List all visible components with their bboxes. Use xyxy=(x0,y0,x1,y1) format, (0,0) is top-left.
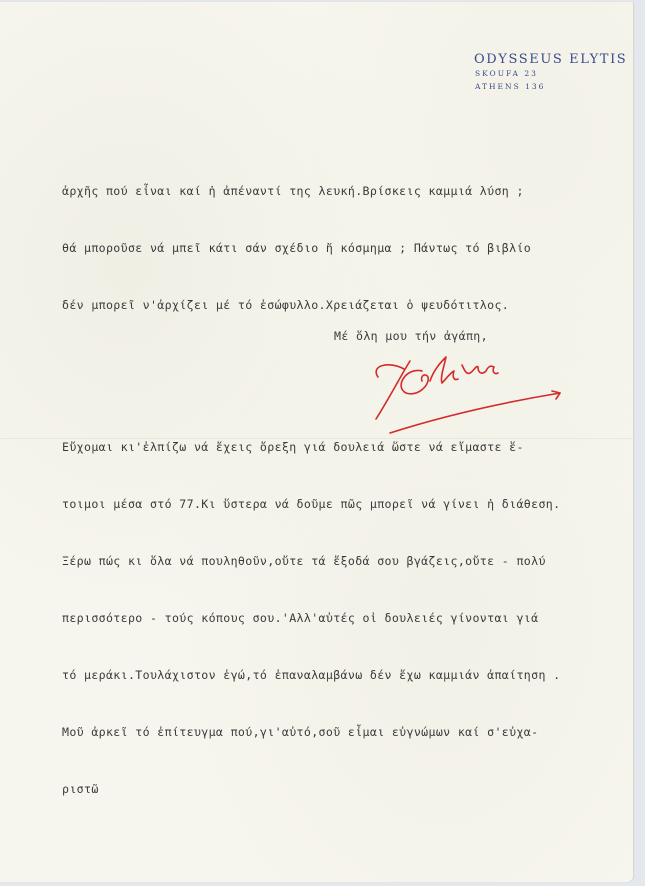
text-line: Εὔχομαι κι'ἐλπίζω νά ἔχεις ὄρεξη γιά δου… xyxy=(62,438,560,457)
letter-page: ODYSSEUS ELYTIS SKOUFA 23 ATHENS 136 ἀρχ… xyxy=(0,2,633,882)
letterhead-street: SKOUFA 23 xyxy=(475,67,627,80)
closing-salutation: Μέ ὅλη μου τήν ἀγάπη, xyxy=(334,329,488,343)
text-line: ριστῶ xyxy=(62,780,560,799)
text-line: δέν μπορεῖ ν'ἀρχίζει μέ τό ἐσώφυλλο.Χρει… xyxy=(62,296,560,315)
paragraph-1: ἀρχῆς πού εἶναι καί ἡ ἀπέναντί της λευκή… xyxy=(62,144,560,353)
text-line: περισσότερο - τούς κόπους σου.'Αλλ'αὐτές… xyxy=(62,609,560,628)
text-line: Ξέρω πώς κι ὅλα νά πουληθοῦν,οὔτε τά ἔξο… xyxy=(62,552,560,571)
text-line: θά μποροῦσε νά μπεῖ κάτι σάν σχέδιο ἤ κό… xyxy=(62,239,560,258)
letter-body: ἀρχῆς πού εἶναι καί ἡ ἀπέναντί της λευκή… xyxy=(62,106,560,875)
paragraph-2: Εὔχομαι κι'ἐλπίζω νά ἔχεις ὄρεξη γιά δου… xyxy=(62,400,560,837)
letterhead-name: ODYSSEUS ELYTIS xyxy=(474,52,627,67)
letterhead: ODYSSEUS ELYTIS SKOUFA 23 ATHENS 136 xyxy=(474,52,627,93)
letterhead-city: ATHENS 136 xyxy=(475,80,627,93)
handwritten-signature xyxy=(370,347,570,437)
text-line: τό μεράκι.Τουλάχιστον ἐγώ,τό ἐπαναλαμβάν… xyxy=(62,666,560,685)
text-line: τοιμοι μέσα στό 77.Κι ὕστερα νά δοῦμε πῶ… xyxy=(62,495,560,514)
text-line: ἀρχῆς πού εἶναι καί ἡ ἀπέναντί της λευκή… xyxy=(62,182,560,201)
text-line: Μοῦ ἀρκεῖ τό ἐπίτευγμα πού,γι'αὐτό,σοῦ ε… xyxy=(62,723,560,742)
